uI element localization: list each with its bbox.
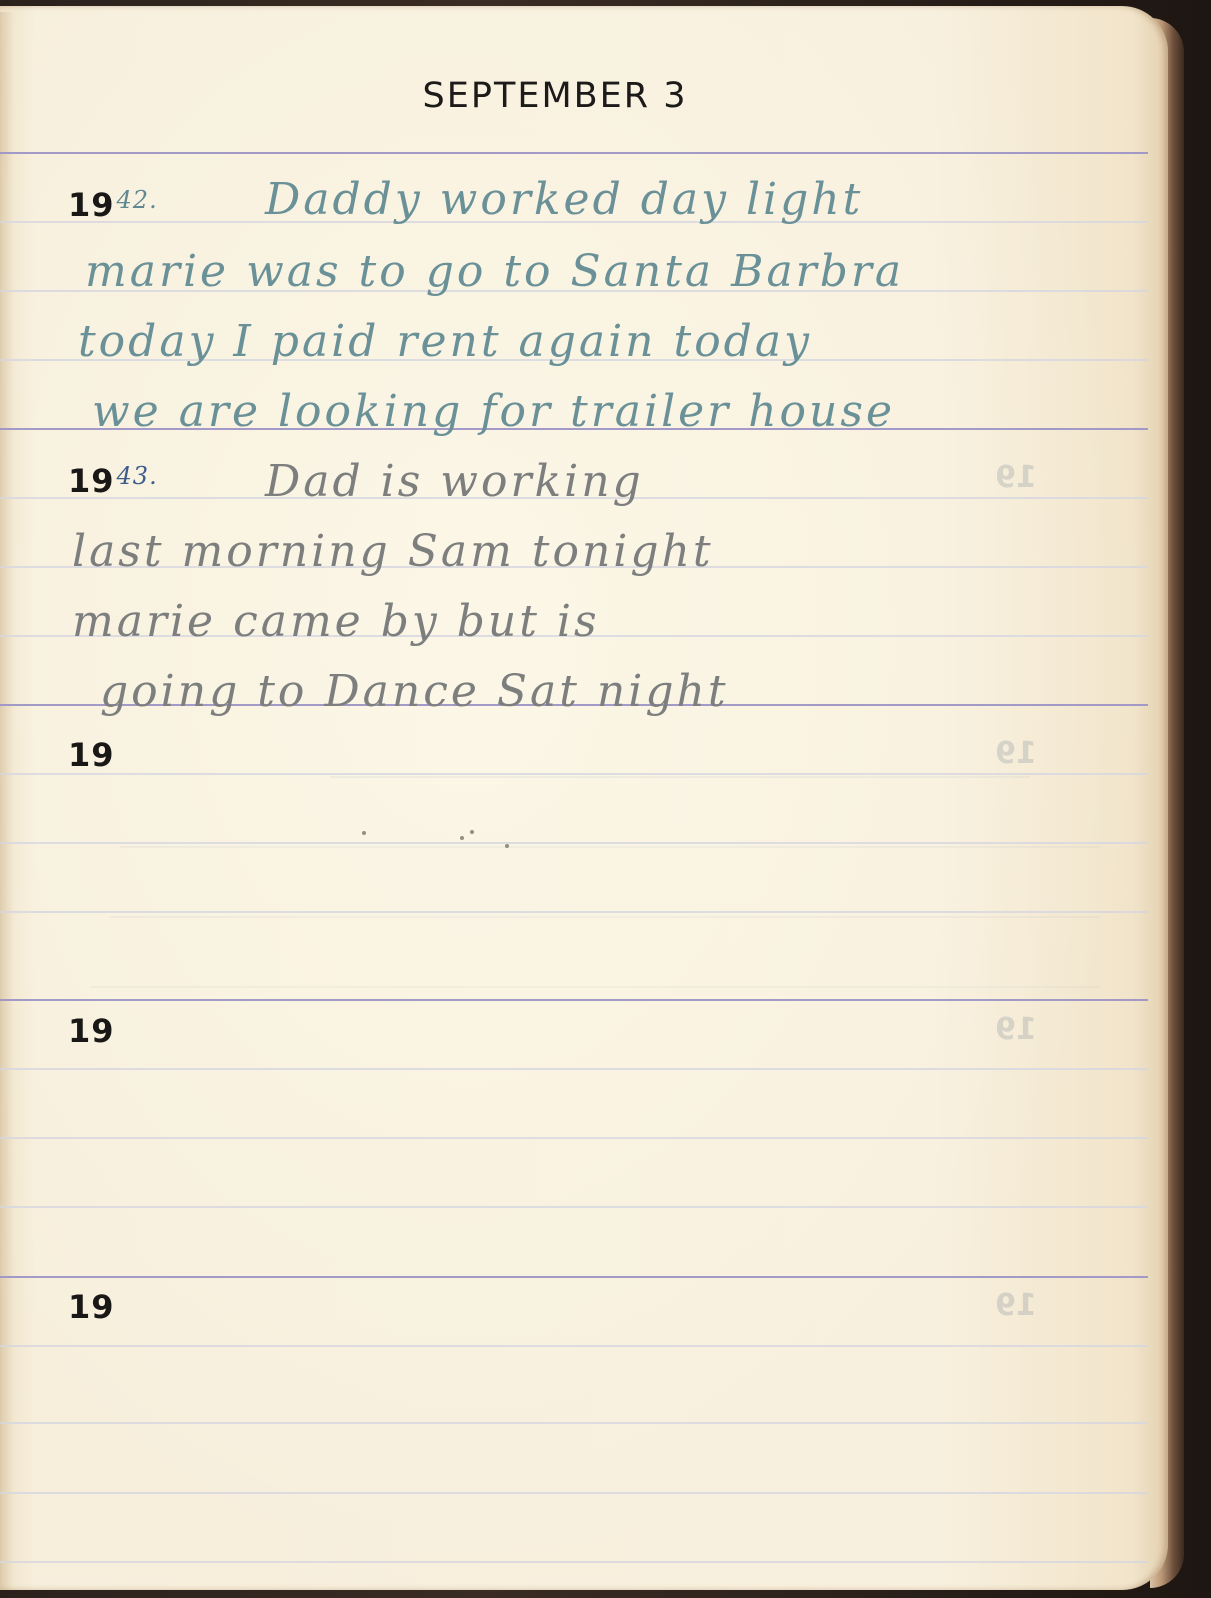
entry-line: we are looking for trailer house	[92, 386, 895, 437]
bleed-through-handwriting	[330, 736, 1030, 778]
ruled-line	[0, 1206, 1148, 1208]
year-suffix-handwritten: 42.	[117, 186, 158, 214]
page-date-header: SEPTEMBER 3	[0, 76, 1110, 116]
entry-line: going to Dance Sat night	[100, 666, 729, 717]
year-prefix: 19	[68, 186, 115, 224]
bleed-through-year: 19	[995, 1288, 1037, 1323]
bleed-through-handwriting	[110, 876, 1100, 918]
ruled-line	[0, 1345, 1148, 1347]
entry-year-blank: 19	[68, 1288, 115, 1326]
ruled-line	[0, 1561, 1148, 1563]
date-title: SEPTEMBER 3	[423, 76, 688, 116]
year-prefix: 19	[68, 736, 115, 774]
ruled-line	[0, 1492, 1148, 1494]
binding-edge	[0, 12, 14, 1590]
paper-speck	[505, 844, 509, 848]
section-rule	[0, 152, 1148, 154]
entry-year-blank: 19	[68, 1012, 115, 1050]
entry-line: Daddy worked day light	[265, 174, 863, 225]
ruled-line	[0, 1422, 1148, 1424]
bleed-through-year: 19	[995, 1012, 1037, 1047]
entry-line: today I paid rent again today	[78, 316, 812, 367]
entry-line: Dad is working	[265, 456, 644, 507]
year-suffix-handwritten: 43.	[117, 462, 158, 490]
year-prefix: 19	[68, 462, 115, 500]
section-rule	[0, 1276, 1148, 1278]
bleed-through-handwriting	[90, 946, 1100, 988]
bleed-through-handwriting	[120, 806, 1100, 848]
entry-line: marie was to go to Santa Barbra	[85, 246, 904, 297]
entry-line: last morning Sam tonight	[72, 526, 714, 577]
paper-speck	[460, 836, 464, 840]
year-prefix: 19	[68, 1288, 115, 1326]
ruled-line	[0, 1137, 1148, 1139]
entry-year-1943: 1943.	[68, 462, 158, 500]
entry-line: marie came by but is	[72, 596, 600, 647]
year-prefix: 19	[68, 1012, 115, 1050]
diary-page: SEPTEMBER 3 19 19 19 19 1942. Daddy work…	[0, 6, 1168, 1590]
section-rule	[0, 999, 1148, 1001]
entry-year-1942: 1942.	[68, 186, 158, 224]
paper-speck	[362, 831, 366, 835]
ruled-line	[0, 1068, 1148, 1070]
paper-speck	[470, 830, 474, 834]
entry-year-blank: 19	[68, 736, 115, 774]
bleed-through-year: 19	[995, 460, 1037, 495]
